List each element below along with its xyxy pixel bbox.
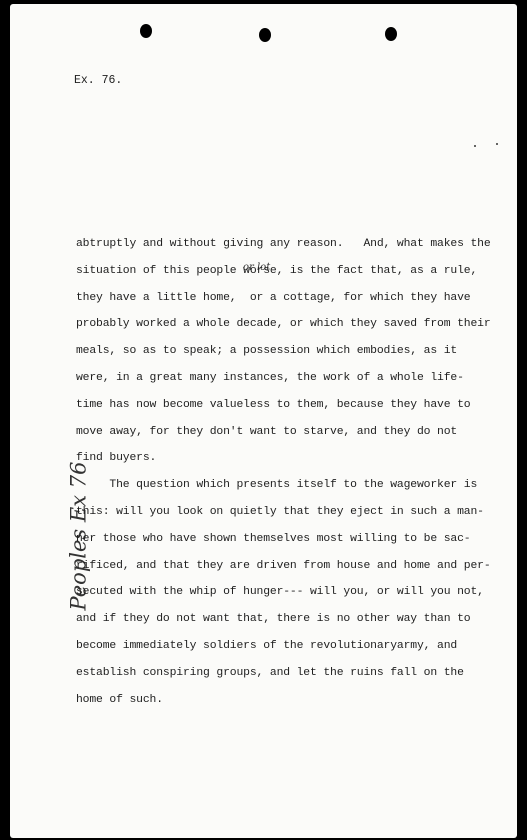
- punch-hole-left: [140, 24, 152, 38]
- text-line: secuted with the whip of hunger--- will …: [76, 579, 516, 606]
- exhibit-label: Ex. 76.: [74, 74, 122, 87]
- text-line: situation of this people worse, is the f…: [76, 258, 516, 285]
- text-line: abtruptly and without giving any reason.…: [76, 231, 516, 258]
- text-line: establish conspiring groups, and let the…: [76, 660, 516, 687]
- text-line: time has now become valueless to them, b…: [76, 392, 516, 419]
- text-line: were, in a great many instances, the wor…: [76, 365, 516, 392]
- text-line: ner those who have shown themselves most…: [76, 526, 516, 553]
- document-page: Ex. 76. Peoples Ex 76 or lot abtruptly a…: [10, 4, 517, 838]
- text-line: and if they do not want that, there is n…: [76, 606, 516, 633]
- text-line: probably worked a whole decade, or which…: [76, 311, 516, 338]
- text-line: meals, so as to speak; a possession whic…: [76, 338, 516, 365]
- text-line: home of such.: [76, 687, 516, 714]
- punch-hole-right: [385, 27, 397, 41]
- text-line: rificed, and that they are driven from h…: [76, 553, 516, 580]
- text-line: become immediately soldiers of the revol…: [76, 633, 516, 660]
- body-text: abtruptly and without giving any reason.…: [76, 231, 516, 713]
- speck: [496, 143, 498, 145]
- text-line: The question which presents itself to th…: [76, 472, 516, 499]
- speck: [474, 145, 476, 147]
- text-line: find buyers.: [76, 445, 516, 472]
- text-line: this: will you look on quietly that they…: [76, 499, 516, 526]
- text-line: they have a little home, or a cottage, f…: [76, 285, 516, 312]
- punch-hole-center: [259, 28, 271, 42]
- text-line: move away, for they don't want to starve…: [76, 419, 516, 446]
